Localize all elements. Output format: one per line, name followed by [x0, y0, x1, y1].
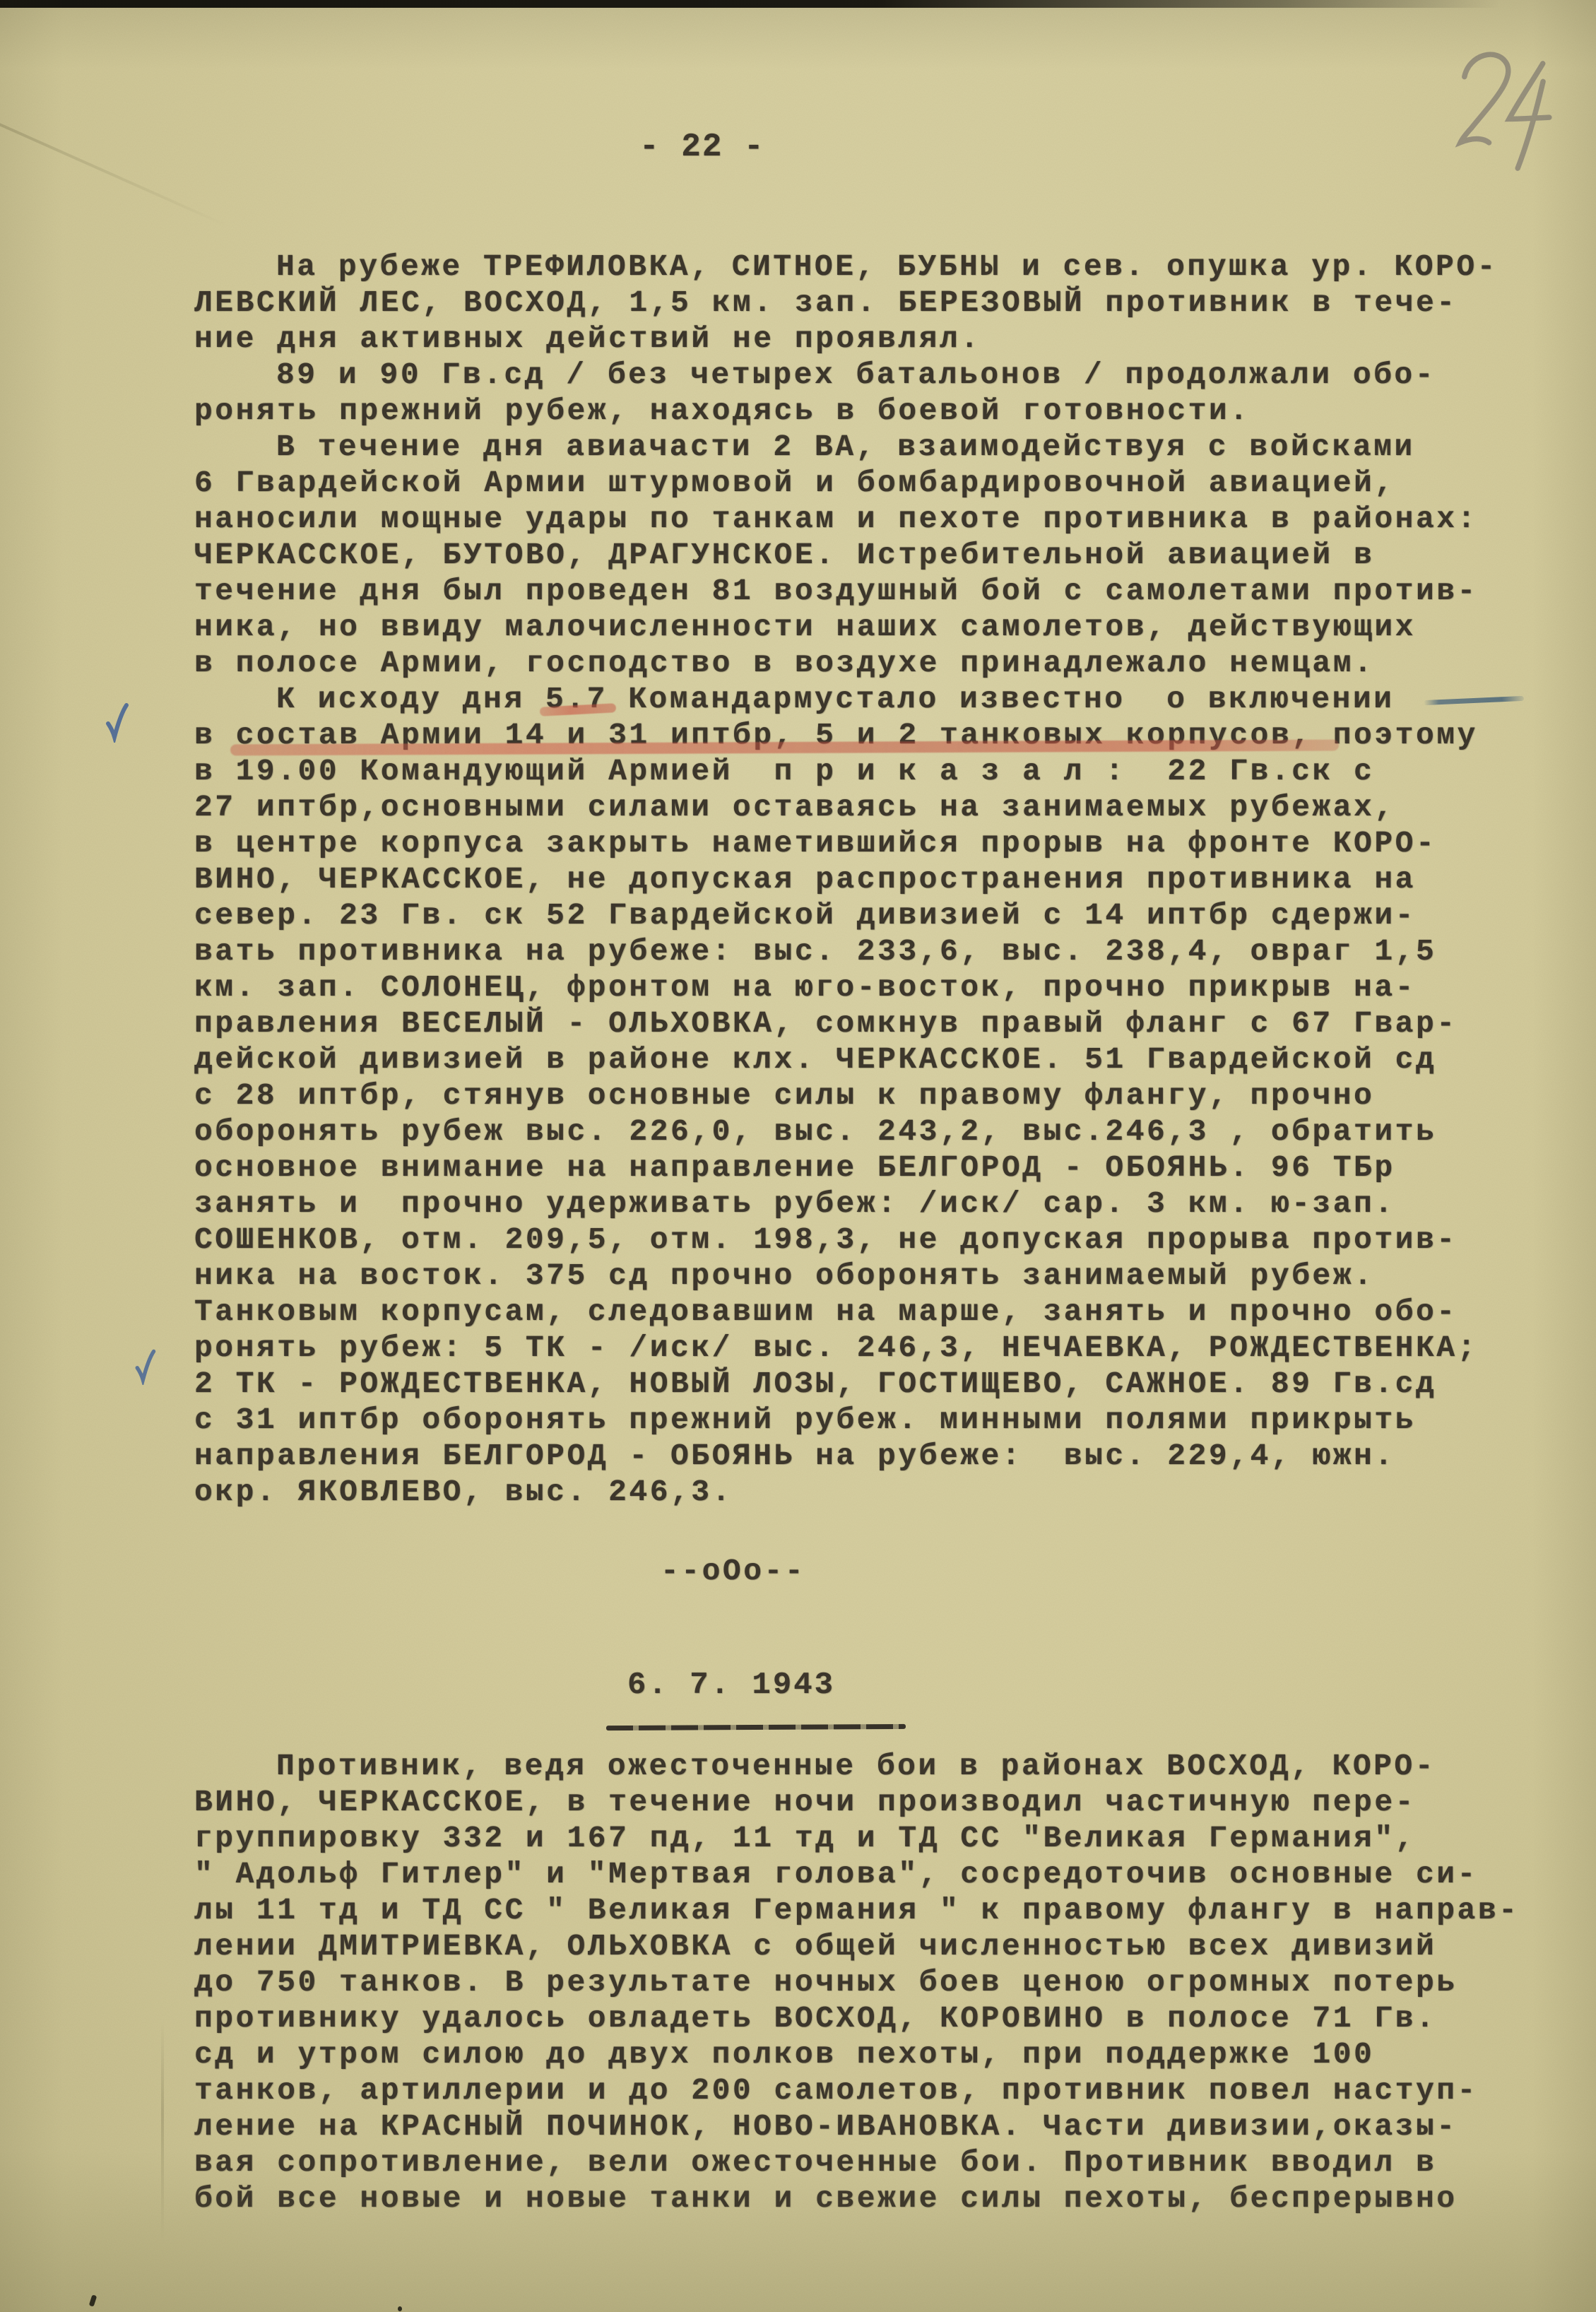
- text-line: до 750 танков. В результате ночных боев …: [194, 1964, 1551, 2000]
- text-line: дейской дивизией в районе клх. ЧЕРКАССКО…: [194, 1042, 1551, 1078]
- text-segment: ронять прежний рубеж, находясь в боевой …: [194, 394, 1251, 428]
- text-line: противнику удалось овладеть ВОСХОД, КОРО…: [194, 2000, 1551, 2036]
- text-segment: основное внимание на направление БЕЛГОРО…: [194, 1150, 1395, 1185]
- text-segment: в центре корпуса закрыть наметившийся пр…: [194, 826, 1436, 861]
- text-segment: ЛЕВСКИЙ ЛЕС, ВОСХОД, 1,5 км. зап. БЕРЕЗО…: [194, 285, 1458, 320]
- text-line: сд и утром силою до двух полков пехоты, …: [194, 2036, 1551, 2072]
- text-line: правления ВЕСЕЛЫЙ - ОЛЬХОВКА, сомкнув пр…: [194, 1005, 1551, 1042]
- text-line: ника на восток. 375 сд прочно оборонять …: [194, 1258, 1551, 1294]
- text-line: ВИНО, ЧЕРКАССКОЕ, не допуская распростра…: [194, 861, 1551, 897]
- red-underlined-text: состав Армии 14 и 31 иптбр, 5 и 2 танков…: [236, 718, 1292, 753]
- text-segment: Командармустало известно о включении: [608, 682, 1395, 716]
- text-segment: сд и утром силою до двух полков пехоты, …: [194, 2037, 1374, 2072]
- text-segment: 6 Гвардейской Армии штурмовой и бомбарди…: [194, 466, 1395, 500]
- text-line: в полосе Армии, господство в воздухе при…: [194, 645, 1551, 681]
- text-line: с 31 иптбр оборонять прежний рубеж. минн…: [194, 1402, 1551, 1438]
- text-segment: ЧЕРКАССКОЕ, БУТОВО, ДРАГУНСКОЕ. Истребит…: [194, 538, 1374, 572]
- text-segment: На рубеже ТРЕФИЛОВКА, СИТНОЕ, БУБНЫ и се…: [276, 249, 1498, 284]
- text-line: В течение дня авиачасти 2 ВА, взаимодейс…: [194, 429, 1551, 465]
- text-line: ЧЕРКАССКОЕ, БУТОВО, ДРАГУНСКОЕ. Истребит…: [194, 537, 1551, 573]
- text-segment: в: [194, 718, 236, 753]
- text-line: лы 11 тд и ТД СС " Великая Германия " к …: [194, 1892, 1551, 1928]
- page-number: - 22 -: [639, 129, 765, 165]
- text-segment: ронять рубеж: 5 ТК - /иск/ выс. 246,3, Н…: [194, 1331, 1478, 1365]
- text-line: вая сопротивление, вели ожесточенные бои…: [194, 2145, 1551, 2181]
- text-segment: К исходу дня: [276, 682, 545, 716]
- blue-pencil-dash: [1424, 696, 1524, 705]
- text-segment: дейской дивизией в районе клх. ЧЕРКАССКО…: [194, 1042, 1436, 1077]
- paper-crease: [0, 117, 256, 240]
- text-line: в центре корпуса закрыть наметившийся пр…: [194, 825, 1551, 861]
- text-line: ВИНО, ЧЕРКАССКОЕ, в течение ночи произво…: [194, 1784, 1551, 1820]
- text-segment: 27 иптбр,основными силами оставаясь на з…: [194, 790, 1395, 825]
- handwritten-page-number: [1441, 37, 1572, 175]
- text-segment: ВИНО, ЧЕРКАССКОЕ, не допуская распростра…: [194, 862, 1416, 897]
- text-segment: км. зап. СОЛОНЕЦ, фронтом на юго-восток,…: [194, 970, 1416, 1005]
- text-segment: ВИНО, ЧЕРКАССКОЕ, в течение ночи произво…: [194, 1785, 1416, 1819]
- text-line: бой все новые и новые танки и свежие сил…: [194, 2181, 1551, 2217]
- text-segment: наносили мощные удары по танкам и пехоте…: [194, 502, 1478, 536]
- text-segment: 89 и 90 Гв.сд / без четырех батальонов /…: [276, 358, 1436, 392]
- text-segment: лении ДМИТРИЕВКА, ОЛЬХОВКА с общей числе…: [194, 1929, 1436, 1964]
- document-page: - 22 - На рубеже ТРЕФИЛОВКА, СИТНОЕ, БУБ…: [0, 0, 1596, 2312]
- text-line: с 28 иптбр, стянув основные силы к право…: [194, 1078, 1551, 1114]
- text-line: ние дня активных действий не проявлял.: [194, 321, 1551, 357]
- text-line: На рубеже ТРЕФИЛОВКА, СИТНОЕ, БУБНЫ и се…: [194, 249, 1551, 285]
- text-line: 2 ТК - РОЖДЕСТВЕНКА, НОВЫЙ ЛОЗЫ, ГОСТИЩЕ…: [194, 1366, 1551, 1402]
- text-line: ронять рубеж: 5 ТК - /иск/ выс. 246,3, Н…: [194, 1330, 1551, 1366]
- text-segment: лы 11 тд и ТД СС " Великая Германия " к …: [194, 1893, 1519, 1928]
- paragraph-july-5: На рубеже ТРЕФИЛОВКА, СИТНОЕ, БУБНЫ и се…: [194, 249, 1551, 1510]
- text-line: К исходу дня 5.7 Командармустало известн…: [194, 681, 1551, 717]
- red-underlined-text: 5.7: [545, 682, 608, 716]
- text-segment: направления БЕЛГОРОД - ОБОЯНЬ на рубеже:…: [194, 1439, 1395, 1473]
- text-line: оборонять рубеж выс. 226,0, выс. 243,2, …: [194, 1114, 1551, 1150]
- checkmark-icon: [102, 702, 131, 743]
- text-segment: противнику удалось овладеть ВОСХОД, КОРО…: [194, 2001, 1436, 2036]
- text-line: 27 иптбр,основными силами оставаясь на з…: [194, 789, 1551, 825]
- text-segment: вать противника на рубеже: выс. 233,6, в…: [194, 934, 1436, 969]
- text-line: 89 и 90 Гв.сд / без четырех батальонов /…: [194, 357, 1551, 393]
- text-line: север. 23 Гв. ск 52 Гвардейской дивизией…: [194, 897, 1551, 933]
- text-segment: до 750 танков. В результате ночных боев …: [194, 1965, 1458, 2000]
- text-line: в состав Армии 14 и 31 иптбр, 5 и 2 танк…: [194, 717, 1551, 753]
- text-segment: ние дня активных действий не проявлял.: [194, 322, 981, 356]
- text-line: основное внимание на направление БЕЛГОРО…: [194, 1150, 1551, 1186]
- text-segment: СОШЕНКОВ, отм. 209,5, отм. 198,3, не доп…: [194, 1222, 1458, 1257]
- text-segment: в 19.00 Командующий Армией п р и к а з а…: [194, 754, 1374, 789]
- text-segment: 2 ТК - РОЖДЕСТВЕНКА, НОВЫЙ ЛОЗЫ, ГОСТИЩЕ…: [194, 1367, 1436, 1401]
- text-line: танков, артиллерии и до 200 самолетов, п…: [194, 2072, 1551, 2108]
- text-line: ронять прежний рубеж, находясь в боевой …: [194, 393, 1551, 429]
- text-line: в 19.00 Командующий Армией п р и к а з а…: [194, 753, 1551, 789]
- paragraph-july-6: Противник, ведя ожесточенные бои в район…: [194, 1748, 1551, 2217]
- text-segment: бой все новые и новые танки и свежие сил…: [194, 2181, 1458, 2216]
- text-line: км. зап. СОЛОНЕЦ, фронтом на юго-восток,…: [194, 969, 1551, 1005]
- text-line: СОШЕНКОВ, отм. 209,5, отм. 198,3, не доп…: [194, 1222, 1551, 1258]
- text-segment: занять и прочно удерживать рубеж: /иск/ …: [194, 1186, 1395, 1221]
- text-segment: В течение дня авиачасти 2 ВА, взаимодейс…: [276, 430, 1415, 464]
- text-line: 6 Гвардейской Армии штурмовой и бомбарди…: [194, 465, 1551, 501]
- text-segment: танков, артиллерии и до 200 самолетов, п…: [194, 2073, 1478, 2108]
- text-segment: " Адольф Гитлер" и "Мертвая голова", сос…: [194, 1857, 1478, 1892]
- text-line: течение дня был проведен 81 воздушный бо…: [194, 573, 1551, 609]
- date-heading-underline: [606, 1724, 906, 1730]
- text-segment: с 28 иптбр, стянув основные силы к право…: [194, 1078, 1374, 1113]
- text-segment: Танковым корпусам, следовавшим на марше,…: [194, 1294, 1458, 1329]
- text-segment: правления ВЕСЕЛЫЙ - ОЛЬХОВКА, сомкнув пр…: [194, 1006, 1458, 1041]
- text-segment: вая сопротивление, вели ожесточенные бои…: [194, 2145, 1436, 2180]
- text-segment: север. 23 Гв. ск 52 Гвардейской дивизией…: [194, 898, 1416, 933]
- date-heading: 6. 7. 1943: [627, 1668, 835, 1704]
- text-segment: Противник, ведя ожесточенные бои в район…: [276, 1749, 1436, 1783]
- text-segment: ление на КРАСНЫЙ ПОЧИНОК, НОВО-ИВАНОВКА.…: [194, 2109, 1458, 2144]
- text-segment: ника, но ввиду малочисленности наших сам…: [194, 610, 1416, 644]
- text-segment: ника на восток. 375 сд прочно оборонять …: [194, 1258, 1374, 1293]
- ink-speck: [89, 2294, 97, 2306]
- section-divider: --оОо--: [661, 1553, 805, 1589]
- text-line: вать противника на рубеже: выс. 233,6, в…: [194, 933, 1551, 969]
- text-line: Танковым корпусам, следовавшим на марше,…: [194, 1294, 1551, 1330]
- text-line: наносили мощные удары по танкам и пехоте…: [194, 501, 1551, 537]
- text-line: занять и прочно удерживать рубеж: /иск/ …: [194, 1186, 1551, 1222]
- text-line: ление на КРАСНЫЙ ПОЧИНОК, НОВО-ИВАНОВКА.…: [194, 2108, 1551, 2145]
- text-line: группировку 332 и 167 пд, 11 тд и ТД СС …: [194, 1820, 1551, 1856]
- text-segment: группировку 332 и 167 пд, 11 тд и ТД СС …: [194, 1821, 1416, 1856]
- text-segment: окр. ЯКОВЛЕВО, выс. 246,3.: [194, 1475, 733, 1509]
- text-line: Противник, ведя ожесточенные бои в район…: [194, 1748, 1551, 1784]
- paper-crease: [161, 2021, 164, 2254]
- text-segment: с 31 иптбр оборонять прежний рубеж. минн…: [194, 1403, 1416, 1437]
- text-line: ника, но ввиду малочисленности наших сам…: [194, 609, 1551, 645]
- text-line: лении ДМИТРИЕВКА, ОЛЬХОВКА с общей числе…: [194, 1928, 1551, 1964]
- text-line: окр. ЯКОВЛЕВО, выс. 246,3.: [194, 1474, 1551, 1510]
- text-line: " Адольф Гитлер" и "Мертвая голова", сос…: [194, 1856, 1551, 1892]
- text-segment: оборонять рубеж выс. 226,0, выс. 243,2, …: [194, 1114, 1436, 1149]
- checkmark-icon: [131, 1348, 158, 1385]
- text-line: направления БЕЛГОРОД - ОБОЯНЬ на рубеже:…: [194, 1438, 1551, 1474]
- text-segment: в полосе Армии, господство в воздухе при…: [194, 646, 1374, 680]
- text-segment: течение дня был проведен 81 воздушный бо…: [194, 574, 1478, 608]
- ink-speck: [398, 2306, 402, 2311]
- scan-edge-shadow: [0, 0, 1596, 8]
- text-line: ЛЕВСКИЙ ЛЕС, ВОСХОД, 1,5 км. зап. БЕРЕЗО…: [194, 285, 1551, 321]
